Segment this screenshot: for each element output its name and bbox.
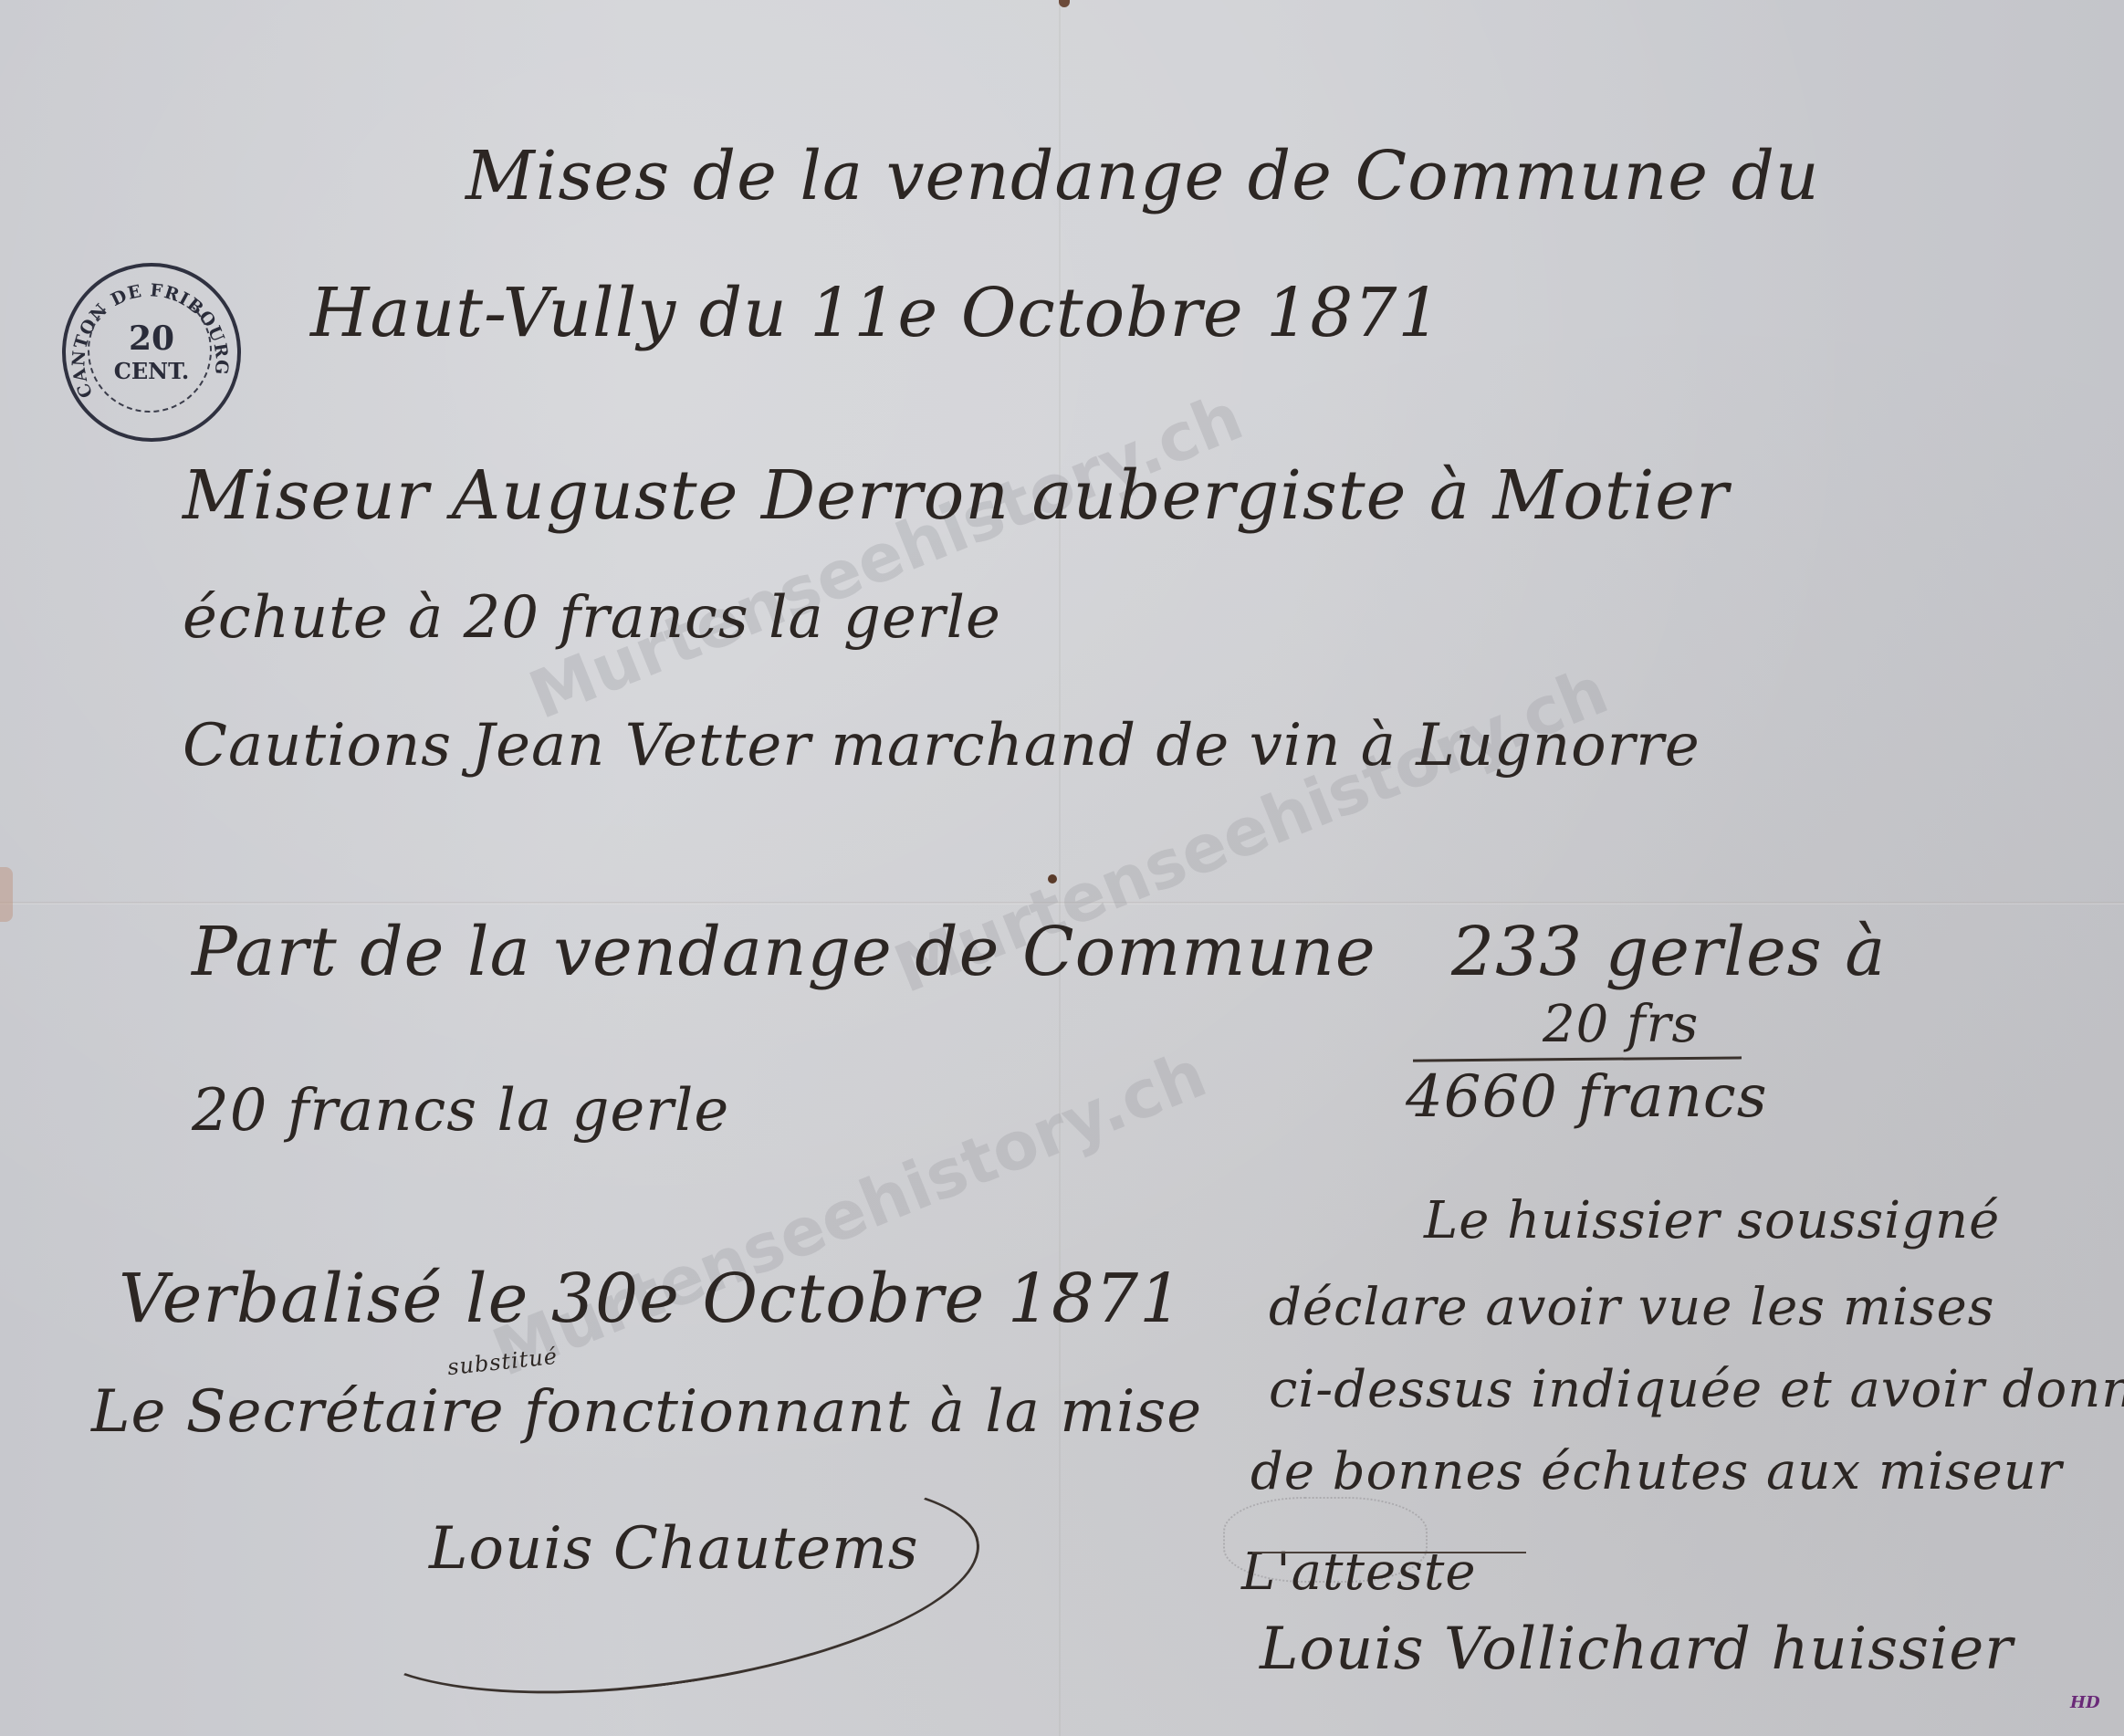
tax-stamp: CANTON DE FRIBOURG 20 CENT. bbox=[62, 263, 241, 442]
guarantor-line: Cautions Jean Vetter marchand de vin à L… bbox=[183, 712, 1700, 779]
calculation-rule bbox=[1413, 1056, 1742, 1061]
share-line: Part de la vendange de Commune bbox=[192, 913, 1376, 991]
attest-strike bbox=[1252, 1552, 1526, 1553]
price-repeat: 20 francs la gerle bbox=[192, 1077, 729, 1145]
bailiff-line-4: de bonnes échutes aux miseur bbox=[1250, 1442, 2063, 1501]
bailiff-line-1: Le huissier soussigné bbox=[1424, 1191, 2000, 1250]
stamp-value: 20 bbox=[66, 319, 237, 358]
title-line-2: Haut-Vully du 11e Octobre 1871 bbox=[310, 274, 1442, 352]
price-line: échute à 20 francs la gerle bbox=[183, 584, 1001, 652]
signature-flourish bbox=[336, 1445, 992, 1729]
watermark: Murtenseehistory.ch bbox=[519, 378, 1253, 734]
bailiff-line-2: déclare avoir vue les mises bbox=[1269, 1278, 1994, 1337]
quantity: 233 gerles à bbox=[1451, 913, 1886, 991]
document-scan: Murtenseehistory.ch Murtenseehistory.ch … bbox=[0, 0, 2124, 1736]
total: 4660 francs bbox=[1406, 1063, 1768, 1131]
stamp-unit: CENT. bbox=[66, 358, 237, 384]
unit-price-multiplier: 20 frs bbox=[1543, 995, 1699, 1054]
verbalised-line: Verbalisé le 30e Octobre 1871 bbox=[119, 1260, 1183, 1338]
edge-stain bbox=[0, 867, 13, 922]
archive-mark: HD bbox=[2070, 1693, 2100, 1712]
secretary-line: Le Secrétaire fonctionnant à la mise bbox=[91, 1378, 1202, 1446]
bailiff-signature: Louis Vollichard huissier bbox=[1260, 1616, 2014, 1683]
title-line-1: Mises de la vendange de Commune du bbox=[466, 137, 1820, 215]
bailiff-line-3: ci-dessus indiquée et avoir donné bbox=[1269, 1360, 2124, 1419]
top-edge-tear bbox=[1059, 0, 1070, 7]
buyer-line: Miseur Auguste Derron aubergiste à Motie… bbox=[183, 456, 1729, 535]
